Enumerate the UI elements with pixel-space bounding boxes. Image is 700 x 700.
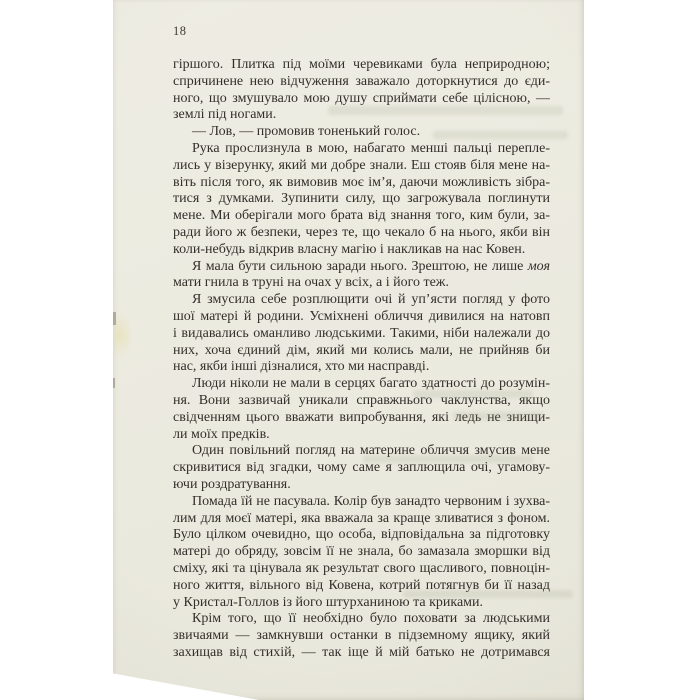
text-line: мене. Ми оберігали мого брата від знання… xyxy=(173,208,550,225)
text-segment: ня. Вони зазвичай уникали справжнього ча… xyxy=(173,393,550,408)
text-segment: матері до обряду, зовсім її не знала, бо… xyxy=(173,544,550,559)
text-line: звичаями — замкнувши останки в підземном… xyxy=(173,628,550,645)
paragraph: Один повільний погляд на материне обличч… xyxy=(173,443,550,493)
text-line: ради його ж безпеки, через те, що чекало… xyxy=(173,225,550,242)
text-line: землі під ногами. xyxy=(173,107,550,124)
text-segment: них, хоча єдиний дім, який ми колись мал… xyxy=(173,343,550,358)
text-segment: Я мала бути сильною заради нього. Зрешто… xyxy=(192,259,528,274)
text-line: ли моїх предків. xyxy=(173,427,550,444)
text-line: Помада їй не пасувала. Колір був занадто… xyxy=(173,494,550,511)
text-segment: нас, якби інші дізналися, хто ми насправ… xyxy=(173,359,429,374)
text-line: сміху, які та цінувала як результат свог… xyxy=(173,561,550,578)
text-line: Я мала бути сильною заради нього. Зрешто… xyxy=(173,259,550,276)
text-segment: спричинене нею відчуження заважало дотор… xyxy=(173,74,550,89)
text-line: ня. Вони зазвичай уникали справжнього ча… xyxy=(173,393,550,410)
page-number: 18 xyxy=(173,24,187,39)
text-line: спричинене нею відчуження заважало дотор… xyxy=(173,74,550,91)
text-segment: лись у візерунку, який ми добре знали. Е… xyxy=(173,158,550,173)
text-segment: Люди ніколи не мали в серцях багато здат… xyxy=(192,376,550,391)
text-line: нас, якби інші дізналися, хто ми насправ… xyxy=(173,359,550,376)
text-segment: і видавались оманливо людськими. Такими,… xyxy=(173,326,550,341)
paragraph: Рука прослизнула в мою, набагато менші п… xyxy=(173,141,550,259)
text-segment: віть після того, як вимовив моє ім’я, да… xyxy=(173,175,550,190)
text-line: — Лов, — промовив тоненький голос. xyxy=(173,124,550,141)
paragraph: Я мала бути сильною заради нього. Зрешто… xyxy=(173,259,550,293)
text-line: них, хоча єдиний дім, який ми колись мал… xyxy=(173,343,550,360)
italic-text: моя xyxy=(528,259,550,274)
text-line: скривитися від згадки, чому саме я заплю… xyxy=(173,460,550,477)
text-line: Крім того, що її необхідно було поховати… xyxy=(173,611,550,628)
paragraph: Люди ніколи не мали в серцях багато здат… xyxy=(173,376,550,443)
text-segment: Рука прослизнула в мою, набагато менші п… xyxy=(192,141,550,156)
book-page: 18 гіршого. Плитка під моїми черевиками … xyxy=(113,0,584,700)
photo-backdrop: 18 гіршого. Плитка під моїми черевиками … xyxy=(0,0,700,700)
text-segment: свідченням цього вважати випробування, я… xyxy=(173,410,550,425)
text-line: Люди ніколи не мали в серцях багато здат… xyxy=(173,376,550,393)
text-line: Один повільний погляд на материне обличч… xyxy=(173,443,550,460)
paragraph: Я змусила себе розплющити очі й уп’ясти … xyxy=(173,292,550,376)
text-line: свідченням цього вважати випробування, я… xyxy=(173,410,550,427)
text-segment: Крім того, що її необхідно було поховати… xyxy=(192,611,550,626)
paragraph: — Лов, — промовив тоненький голос. xyxy=(173,124,550,141)
page-edge-tick xyxy=(113,378,115,388)
text-segment: — Лов, — промовив тоненький голос. xyxy=(192,124,420,139)
text-segment: у Кристал-Голлов із його штурханиною та … xyxy=(173,595,483,610)
text-segment: ного, що змушувало мою душу сприймати се… xyxy=(173,91,550,106)
text-line: ного, що змушувало мою душу сприймати се… xyxy=(173,91,550,108)
text-segment: землі під ногами. xyxy=(173,107,276,122)
text-line: лись у візерунку, який ми добре знали. Е… xyxy=(173,158,550,175)
text-segment: Помада їй не пасувала. Колір був занадто… xyxy=(192,494,550,509)
text-line: ного життя, вільного від Ковена, котрий … xyxy=(173,578,550,595)
paragraph: гіршого. Плитка під моїми черевиками бул… xyxy=(173,57,550,124)
text-segment: скривитися від згадки, чому саме я заплю… xyxy=(173,460,550,475)
text-segment: Один повільний погляд на материне обличч… xyxy=(192,443,550,458)
text-line: гіршого. Плитка під моїми черевиками бул… xyxy=(173,57,550,74)
text-segment: ючи роздратування. xyxy=(173,477,291,492)
text-line: і видавались оманливо людськими. Такими,… xyxy=(173,326,550,343)
text-segment: Було цілком очевидно, що особа, відповід… xyxy=(173,527,550,542)
text-block: гіршого. Плитка під моїми черевиками бул… xyxy=(173,57,550,662)
paragraph: Крім того, що її необхідно було поховати… xyxy=(173,611,550,661)
text-segment: шої матері й родини. Усміхнені обличчя д… xyxy=(173,309,550,324)
text-segment: ли моїх предків. xyxy=(173,427,270,442)
text-line: захищав від стихій, — так іще й мій бать… xyxy=(173,645,550,662)
text-segment: лим для моєї матері, яка вважала за кращ… xyxy=(173,511,550,526)
text-segment: сміху, які та цінувала як результат свог… xyxy=(173,561,550,576)
text-segment: гіршого. Плитка під моїми черевиками бул… xyxy=(173,57,550,72)
text-line: лим для моєї матері, яка вважала за кращ… xyxy=(173,511,550,528)
text-segment: коли-небудь відкрив власну магію і накли… xyxy=(173,242,525,257)
text-line: Було цілком очевидно, що особа, відповід… xyxy=(173,527,550,544)
text-segment: ного життя, вільного від Ковена, котрий … xyxy=(173,578,550,593)
text-segment: тися з думками. Зупинити силу, що загрож… xyxy=(173,191,550,206)
page-stain xyxy=(107,312,133,358)
text-line: Я змусила себе розплющити очі й уп’ясти … xyxy=(173,292,550,309)
text-line: ючи роздратування. xyxy=(173,477,550,494)
text-line: віть після того, як вимовив моє ім’я, да… xyxy=(173,175,550,192)
text-line: коли-небудь відкрив власну магію і накли… xyxy=(173,242,550,259)
paragraph: Помада їй не пасувала. Колір був занадто… xyxy=(173,494,550,612)
text-line: у Кристал-Голлов із його штурханиною та … xyxy=(173,595,550,612)
text-segment: захищав від стихій, — так іще й мій бать… xyxy=(173,645,550,662)
text-line: матері до обряду, зовсім її не знала, бо… xyxy=(173,544,550,561)
text-line: мати гнила в труні на очах у всіх, а і й… xyxy=(173,275,550,292)
text-line: шої матері й родини. Усміхнені обличчя д… xyxy=(173,309,550,326)
text-line: Рука прослизнула в мою, набагато менші п… xyxy=(173,141,550,158)
text-segment: звичаями — замкнувши останки в підземном… xyxy=(173,628,550,643)
text-segment: Я змусила себе розплющити очі й уп’ясти … xyxy=(173,292,550,309)
page-edge-tick xyxy=(113,312,116,325)
text-line: тися з думками. Зупинити силу, що загрож… xyxy=(173,191,550,208)
text-segment: мати гнила в труні на очах у всіх, а і й… xyxy=(173,275,449,290)
text-segment: мене. Ми оберігали мого брата від знання… xyxy=(173,208,550,223)
text-segment: ради його ж безпеки, через те, що чекало… xyxy=(173,225,550,240)
